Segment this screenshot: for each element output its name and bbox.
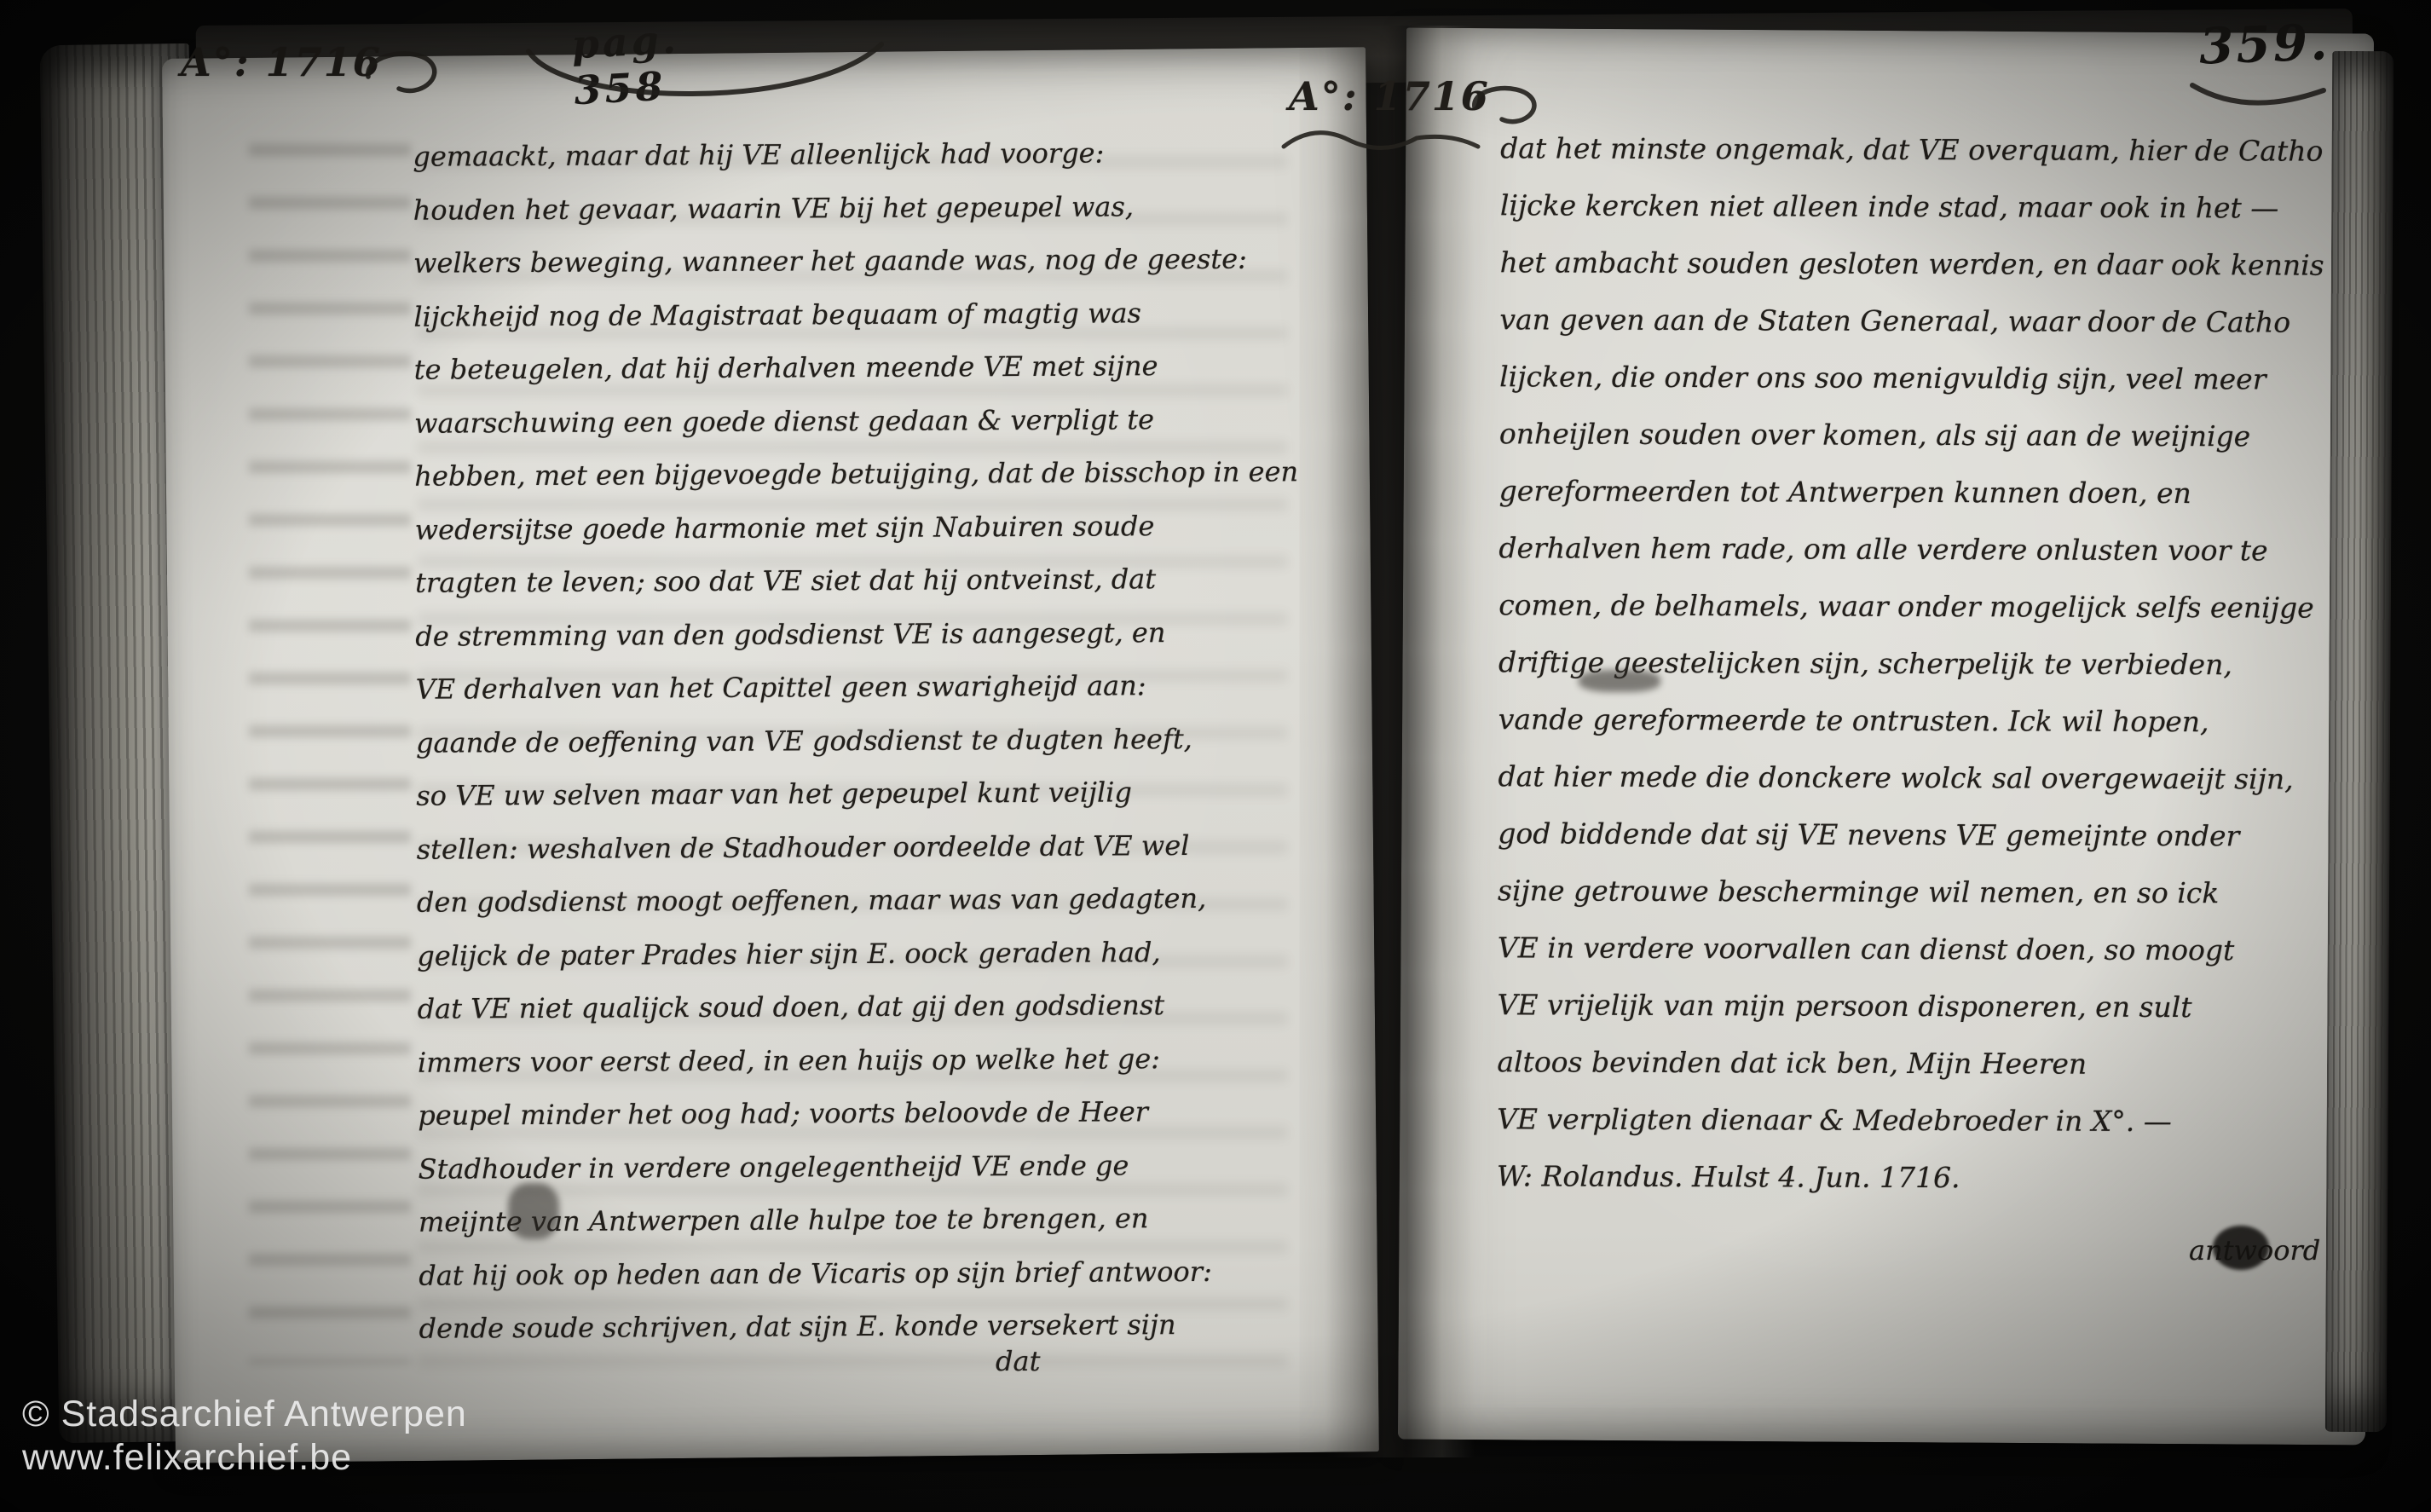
left-year-heading: A°: 1716 bbox=[181, 39, 382, 85]
page-reference-oval-flourish-icon bbox=[522, 29, 888, 111]
manuscript-line: gelijck de pater Prades hier sijn E. ooc… bbox=[417, 925, 1312, 983]
manuscript-line: het ambacht souden gesloten werden, en d… bbox=[1500, 234, 2344, 293]
manuscript-line: te beteugelen, dat hij derhalven meende … bbox=[414, 338, 1309, 396]
manuscript-line: den godsdienst moogt oeffenen, maar was … bbox=[417, 871, 1312, 929]
manuscript-line: lijcke kercken niet alleen inde stad, ma… bbox=[1500, 176, 2344, 236]
manuscript-line: de stremming van den godsdienst VE is aa… bbox=[415, 605, 1310, 663]
manuscript-line: W: Rolandus. Hulst 4. Jun. 1716. bbox=[1497, 1147, 2341, 1207]
manuscript-line: sijne getrouwe bescherminge wil nemen, e… bbox=[1498, 862, 2341, 921]
manuscript-line: VE derhalven van het Capittel geen swari… bbox=[416, 658, 1311, 716]
right-page-text-block: dat het minste ongemak, dat VE overquam,… bbox=[1497, 119, 2344, 1207]
manuscript-line: VE in verdere voorvallen can dienst doen… bbox=[1498, 919, 2341, 978]
manuscript-line: gemaackt, maar dat hij VE alleenlijck ha… bbox=[413, 125, 1308, 183]
archive-watermark: © Stadsarchief Antwerpen www.felixarchie… bbox=[22, 1393, 467, 1480]
manuscript-line: stellen: weshalven de Stadhouder oordeel… bbox=[416, 818, 1311, 876]
manuscript-line: altoos bevinden dat ick ben, Mijn Heeren bbox=[1497, 1033, 2341, 1093]
manuscript-line: gaande de oeffening van VE godsdienst te… bbox=[416, 712, 1311, 770]
manuscript-line: comen, de belhamels, waar onder mogelijc… bbox=[1498, 576, 2342, 636]
manuscript-line: VE verpligten dienaar & Medebroeder in X… bbox=[1497, 1090, 2341, 1150]
archival-manuscript-photo: pag. 358 359. A°: 1716 A°: 1716 gemaackt… bbox=[0, 0, 2431, 1512]
manuscript-line: so VE uw selven maar van het gepeupel ku… bbox=[416, 765, 1311, 822]
bleed-through-left-margin bbox=[249, 111, 411, 1364]
manuscript-line: dat hier mede die donckere wolck sal ove… bbox=[1498, 747, 2341, 807]
manuscript-line: houden het gevaar, waarin VE bij het gep… bbox=[413, 179, 1308, 237]
right-year-heading: A°: 1716 bbox=[1289, 73, 1490, 119]
manuscript-line: peupel minder het oog had; voorts beloov… bbox=[418, 1084, 1313, 1142]
manuscript-line: lijckheijd nog de Magistraat bequaam of … bbox=[413, 286, 1308, 343]
manuscript-line: dende soude schrijven, dat sijn E. konde… bbox=[419, 1297, 1314, 1355]
left-page-catchword: dat bbox=[996, 1345, 1040, 1377]
manuscript-line: immers voor eerst deed, in een huijs op … bbox=[418, 1031, 1313, 1089]
ink-smudge-left bbox=[508, 1183, 559, 1239]
manuscript-line: van geven aan de Staten Generaal, waar d… bbox=[1499, 291, 2343, 350]
left-page-text-block: gemaackt, maar dat hij VE alleenlijck ha… bbox=[413, 125, 1314, 1355]
manuscript-line: wedersijtse goede harmonie met sijn Nabu… bbox=[415, 499, 1310, 557]
manuscript-line: dat het minste ongemak, dat VE overquam,… bbox=[1500, 119, 2344, 179]
manuscript-line: god biddende dat sij VE nevens VE gemeij… bbox=[1498, 805, 2341, 864]
manuscript-line: hebben, met een bijgevoegde betuijging, … bbox=[414, 445, 1309, 503]
manuscript-line: dat VE niet qualijck soud doen, dat gij … bbox=[417, 978, 1312, 1036]
manuscript-line: dat hij ook op heden aan de Vicaris op s… bbox=[419, 1244, 1314, 1302]
manuscript-line: tragten te leven; soo dat VE siet dat hi… bbox=[415, 551, 1310, 609]
ink-blot-catchword bbox=[2213, 1226, 2269, 1270]
manuscript-line: VE vrijelijk van mijn persoon disponeren… bbox=[1497, 976, 2341, 1036]
left-year-flourish-icon bbox=[358, 44, 460, 104]
manuscript-line: derhalven hem rade, om alle verdere onlu… bbox=[1498, 519, 2342, 579]
folio-number: 359. bbox=[2198, 13, 2331, 75]
manuscript-line: waarschuwing een goede dienst gedaan & v… bbox=[414, 392, 1309, 450]
manuscript-line: onheijlen souden over komen, als sij aan… bbox=[1499, 405, 2343, 465]
manuscript-line: vande gereformeerde te ontrusten. Ick wi… bbox=[1498, 690, 2342, 750]
manuscript-line: welkers beweging, wanneer het gaande was… bbox=[413, 232, 1308, 290]
right-year-underline-flourish-icon bbox=[1280, 121, 1485, 159]
folio-flourish-icon bbox=[2187, 82, 2341, 116]
manuscript-line: gereformeerden tot Antwerpen kunnen doen… bbox=[1499, 462, 2343, 522]
manuscript-line: lijcken, die onder ons soo menigvuldig s… bbox=[1499, 348, 2343, 407]
manuscript-line: Stadhouder in verdere ongelegentheijd VE… bbox=[418, 1138, 1313, 1196]
watermark-line1: © Stadsarchief Antwerpen bbox=[22, 1393, 467, 1436]
book-gutter-shadow bbox=[1325, 26, 1475, 1457]
ink-smudge-right bbox=[1579, 670, 1660, 692]
watermark-line2: www.felixarchief.be bbox=[22, 1436, 467, 1480]
